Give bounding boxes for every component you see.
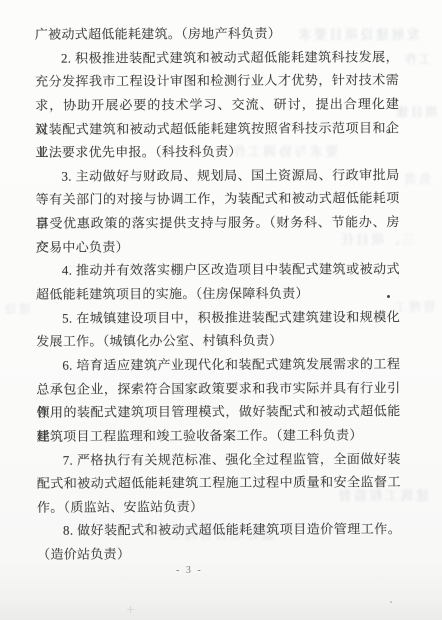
scan-speck <box>387 295 390 298</box>
doc-line: 超低能耗建筑项目的实施。（住房保障科负责） <box>36 281 400 306</box>
doc-line: 总承包企业，探索符合国家政策要求和我市实际并具有行业引领 <box>36 376 400 401</box>
bleedthrough-mark: 建设 <box>2 300 31 317</box>
doc-line: 作用的装配式建筑项目管理模式，做好装配式和被动式超低能耗 <box>36 399 400 424</box>
doc-line: 工法要求优先申报。（科技科负责） <box>35 139 399 164</box>
doc-line: 5. 在城镇建设项目中，积极推进装配式建筑建设和规模化 <box>36 305 400 330</box>
doc-line: 广被动式超低能耗建筑。（房地产科负责） <box>35 21 399 46</box>
doc-line: 求，协助开展必要的技术学习、交流、研讨，提出合理化建议。 <box>35 92 399 117</box>
bleedthrough-mark: 负责 <box>402 170 431 187</box>
bleedthrough-mark: 工作 <box>402 50 431 67</box>
scan-artifact-cross <box>127 606 134 613</box>
scan-speck <box>390 601 392 603</box>
doc-line: 交易中心负责） <box>36 234 400 259</box>
bleedthrough-mark: 项目建 <box>394 103 438 120</box>
doc-line: 8. 做好装配式和被动式超低能耗建筑项目造价管理工作。 <box>37 518 401 543</box>
doc-line: 配式和被动式超低能耗建筑工程施工过程中质量和安全监督工 <box>37 470 401 495</box>
doc-line: （造价站负责） <box>37 541 401 566</box>
doc-line: 发展工作。（城镇化办公室、村镇科负责） <box>36 329 400 354</box>
doc-line: 享受优惠政策的落实提供支持与服务。（财务科、节能办、房产 <box>36 210 400 235</box>
doc-line: 7. 严格执行有关规范标准、强化全过程监管，全面做好装 <box>37 447 401 472</box>
document-body: 广被动式超低能耗建筑。（房地产科负责） 2. 积极推进装配式建筑和被动式超低能耗… <box>35 21 401 566</box>
doc-line: 作。（质监站、安监站负责） <box>37 494 401 519</box>
doc-line: 对装配式建筑和被动式超低能耗建筑按照省科技示范项目和企业 <box>35 116 399 141</box>
doc-line: 建筑项目工程监理和竣工验收备案工作。（建工科负责） <box>37 423 401 448</box>
doc-line: 等有关部门的对接与协调工作，为装配式和被动式超低能耗项目 <box>36 187 400 212</box>
doc-line: 3. 主动做好与财政局、规划局、国土资源局、行政审批局 <box>35 163 399 188</box>
doc-line: 2. 积极推进装配式建筑和被动式超低能耗建筑科技发展， <box>35 45 399 70</box>
doc-line: 4. 推动并有效落实棚户区改造项目中装配式建筑或被动式 <box>36 258 400 283</box>
scanned-document-page: 发展建设项目要求 工作 项目建 要求与协调工作 负责 三、项目任 管理工 建筑工… <box>0 0 442 620</box>
page-number: - 3 - <box>176 565 236 576</box>
doc-line: 充分发挥我市工程设计审图和检测行业人才优势，针对技术需 <box>35 68 399 93</box>
doc-line: 6. 培育适应建筑产业现代化和装配式建筑发展需求的工程 <box>36 352 400 377</box>
